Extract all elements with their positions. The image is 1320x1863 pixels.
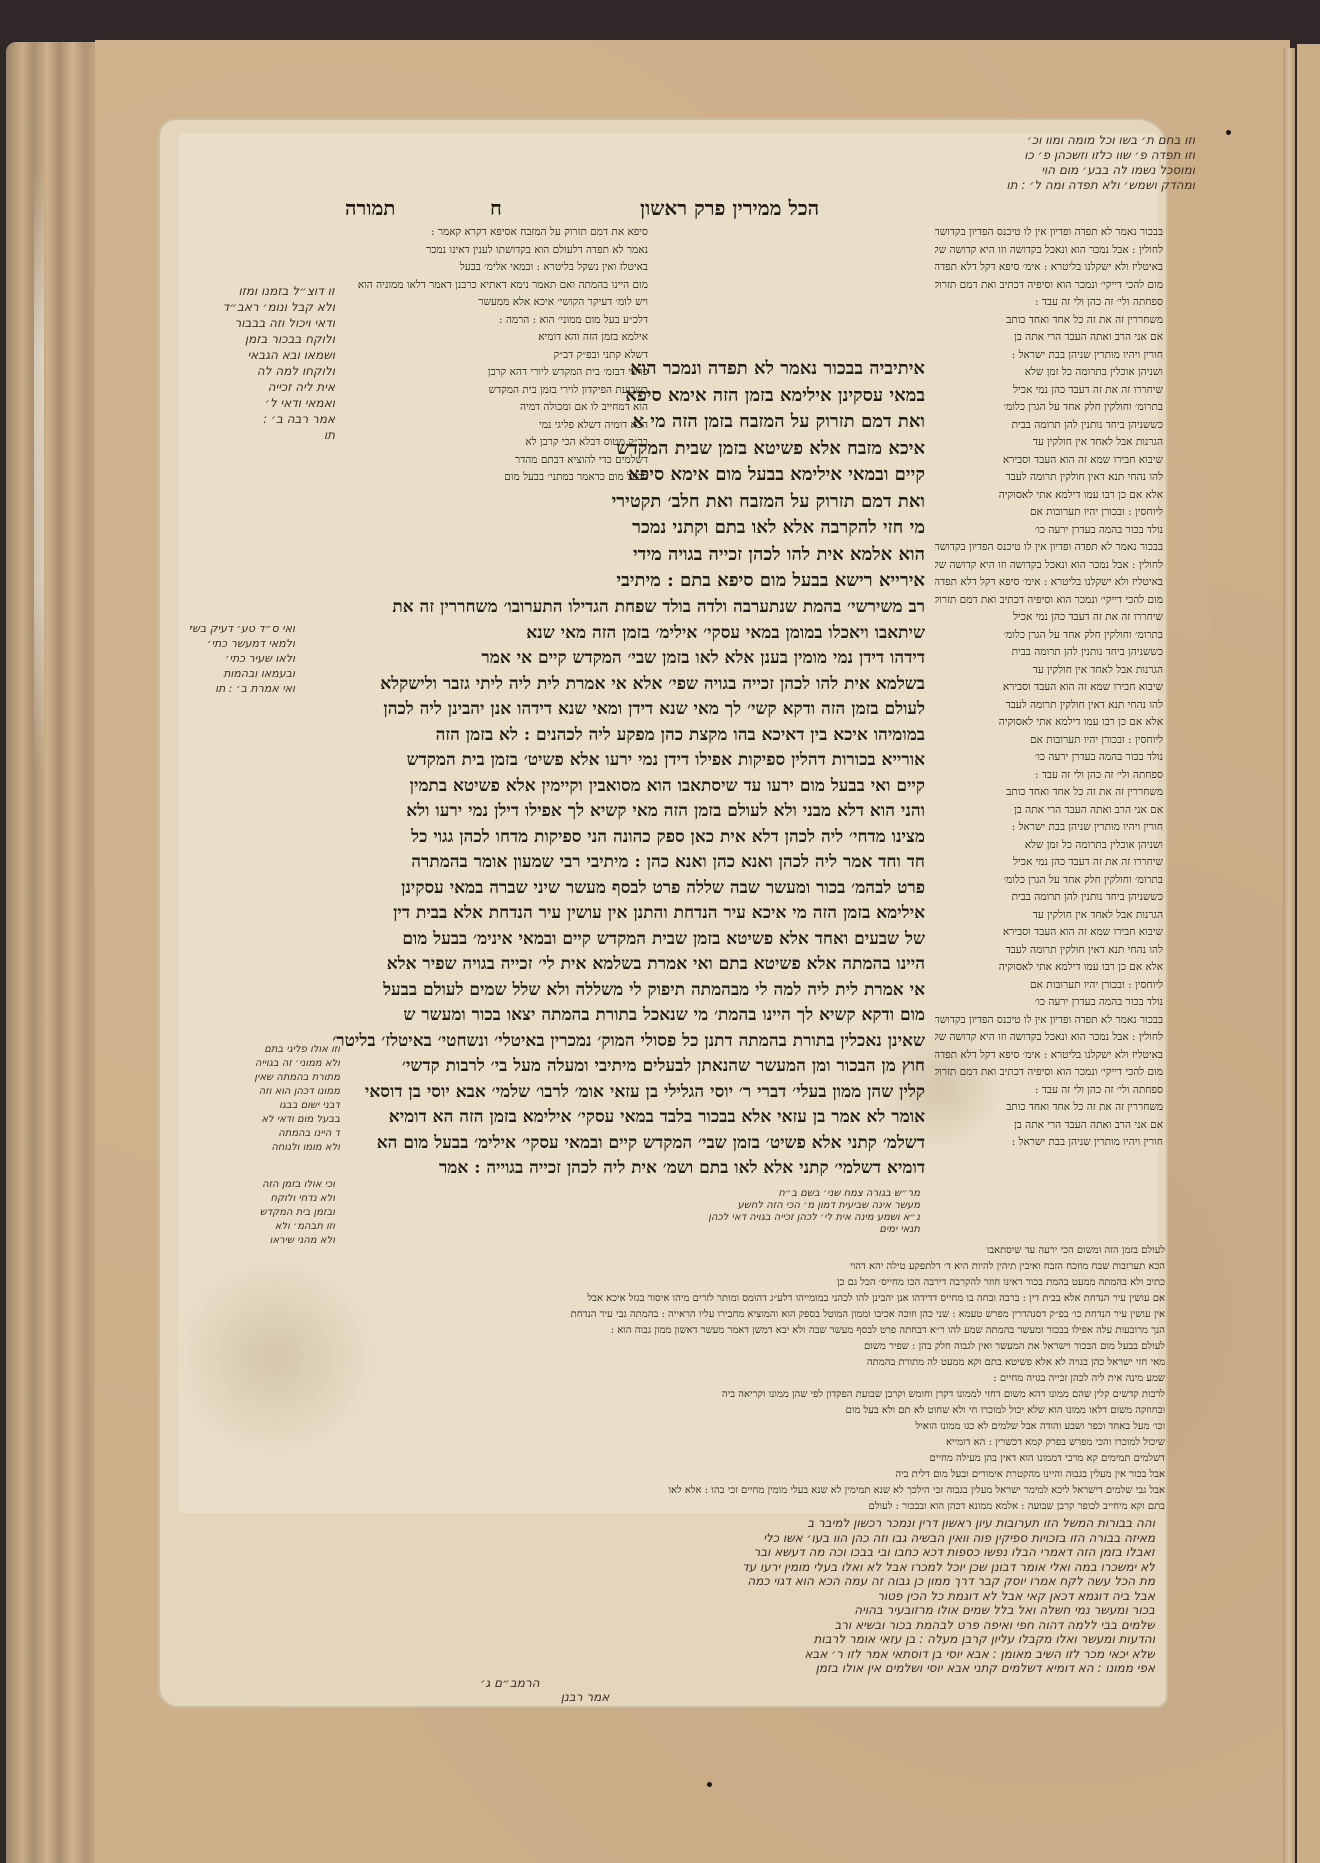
marginalia-line: והה בבורות המשל הזו תערובות עיון ראשון ד… xyxy=(165,1516,1155,1531)
marginalia-line: ובעמאו ובהמות xyxy=(190,666,295,681)
gemara-text-wide: רב משירשי׳ בהמת שנתערבה ולדה בולד שפחת ה… xyxy=(330,595,925,1182)
gemara-line: היינו בהמתה אלא פשיטא בתם ואי אמרת בשלמא… xyxy=(330,952,925,978)
commentary-line: משחררין זה את זה כל אחד ואחד כותב xyxy=(935,784,1163,802)
marginalia-line: ודאי ויכול וזה בבבור xyxy=(160,315,335,331)
commentary-line: בבעל מום כדאמר במתני׳ בבעל מום xyxy=(330,469,648,487)
commentary-line: הכא דומיה דשלא פליגי נמי xyxy=(330,417,648,435)
commentary-line: לחולין : אבל נמכר הוא ונאכל בקדושה וזו ה… xyxy=(935,557,1163,575)
marginalia-signature: הרמב״ם ג׳ xyxy=(165,1676,1155,1691)
commentary-line: בתם וקא מיחייב לכופר קרבן שבועה : אלמא מ… xyxy=(340,1499,1165,1515)
marginalia-line: ולא ממוני׳ זה בגוייה xyxy=(165,1057,340,1071)
marginalia-line: וכי אולו בזמן הזה xyxy=(165,1178,335,1192)
commentary-line: אלא אם כן רבו עמו דילמא אתי לאסוקיה xyxy=(935,959,1163,977)
marginalia-line: וזו אולו פליגי בתם xyxy=(165,1043,340,1057)
commentary-line: שיחררו זה את זה דעבד כהן נמי אכיל xyxy=(935,382,1163,400)
commentary-line: לחולין : אבל נמכר הוא ונאכל בקדושה וזו ה… xyxy=(935,242,1163,260)
marginalia-line: ולוקח בבכור בזמן xyxy=(160,331,335,347)
marginalia-line: ממונו דכהן הוא וזה xyxy=(165,1085,340,1099)
marginalia-line: מת הכל עשה לקח אמרו יוסק קבר דרך ממון כן… xyxy=(165,1574,1155,1589)
gemara-line: אירייא רישא בבעל מום סיפא בתם : מיתיבי xyxy=(605,568,925,595)
commentary-line: ושניהן אוכלין בתרומה כל זמן שלא xyxy=(935,364,1163,382)
gemara-line: איכא מזבח אלא פשיטא בזמן שבית המקדש xyxy=(605,436,925,463)
lower-commentary: לעולם בזמן הזה ומשום הכי ירעה עד שיסתאבו… xyxy=(340,1243,1165,1515)
commentary-line: מום היינו בהמתה ואם תאמר נימא דאתיא כרבנ… xyxy=(330,277,648,295)
commentary-line: באיטליז ולא ישקלנו בליטרא : אימ׳ סיפא דק… xyxy=(935,259,1163,277)
commentary-line: הוא דמחייב לו אם ומכולה דמיה xyxy=(330,399,648,417)
book-volume: וזו בחם ת׳ בשו וכל מומה ומוו וכ׳ וזו תפד… xyxy=(0,38,1320,1863)
commentary-line: שיבוא חבירו שמא זה הוא העבד וסבירא xyxy=(935,452,1163,470)
marginalia-line: וזו תבהמ׳ ולא xyxy=(165,1220,335,1234)
commentary-line: הכא תערובות שבח מוזכח הזבח ואיבין תיהין … xyxy=(340,1259,1165,1275)
marginalia-line: תנאי ימים xyxy=(340,1224,920,1236)
gemara-line: מצינו מדחי׳ ליה לכהן דלא אית כאן ספק כהו… xyxy=(330,825,925,851)
commentary-line: שמע מינה אית ליה לכהן זכייה בגויה מחיים … xyxy=(340,1371,1165,1387)
gemara-line: מי חזי להקרבה אלא לאו בתם וקתני נמכר xyxy=(605,515,925,542)
commentary-line: דשלא קתני ובפ״ק דב״ק xyxy=(330,347,648,365)
gemara-line: אילימא בזמן הזה מי איכא עיר הנדחת והתנן … xyxy=(330,901,925,927)
commentary-line: הנך מרובעות עלה אפילו בבכור ומעשר בהמתה … xyxy=(340,1323,1165,1339)
marginalia-line: ואי אמרת ב׳ : תו xyxy=(190,681,295,696)
marginalia-line: תו xyxy=(160,427,335,443)
gemara-line: שיתאבו ויאכלו במומן במאי עסקי׳ אילימ׳ בז… xyxy=(330,621,925,647)
commentary-line: ליוחסין : ובכורן יהיו תערובות אם xyxy=(935,504,1163,522)
marginalia-line: זאבלו בזמן הזה דאמרי הבלו נפשו כספות דכא… xyxy=(165,1545,1155,1560)
commentary-line: פרטי דבזמ׳ בית המקדש ליורי דהא קרבן xyxy=(330,364,648,382)
gemara-line: דידהו דידן נמי מומין בענן אלא לאו בזמן ש… xyxy=(330,646,925,672)
commentary-line: חורין ויהיו מותרין שניהן בבת ישראל : xyxy=(935,819,1163,837)
commentary-line: חורין ויהיו מותרין שניהן בבת ישראל : xyxy=(935,1134,1163,1152)
gemara-line: דשלמ׳ קתני אלא פשיט׳ בזמן שבי׳ המקדש קיי… xyxy=(330,1131,925,1157)
ink-speck xyxy=(1226,130,1231,135)
gemara-line: איתיביה בבכור נאמר לא תפדה ונמכר הוא xyxy=(605,356,925,383)
marginalia-line: שלמים בבי ללמה דהוה חפי ואיפה פרט לבהמת … xyxy=(165,1618,1155,1633)
commentary-line: ויש לומ׳ דעיקר הקושי׳ איכא אלא ממעשר xyxy=(330,294,648,312)
gemara-line: של שבעים ואחד אלא פשיטא בזמן שבית המקדש … xyxy=(330,927,925,953)
marginalia-line: ומהדק ושמש׳ ולא תפדה ומה ל׳ : תו xyxy=(905,178,1195,193)
marginalia-line: ולאו שעיר כתי׳ xyxy=(190,651,295,666)
marginalia-line: ולא קבל ונומ׳ ראב״ד xyxy=(160,299,335,315)
commentary-line: דשלמים כדי להוציא דבתם מהדר xyxy=(330,452,648,470)
tractate-name: תמורה xyxy=(345,196,396,220)
commentary-line: ושניהן אוכלין בתרומה כל זמן שלא xyxy=(935,837,1163,855)
commentary-line: בתרומ׳ וחולקין חלק אחד על הגרן כלומ׳ xyxy=(935,872,1163,890)
marginalia-line: ולא מהני שיראו xyxy=(165,1234,335,1248)
commentary-line: אם אני הרב ואתה העבד הרי אתה בן xyxy=(935,802,1163,820)
commentary-line: באיטלז ואין נשקל בליטרא : ובמאי אלימ׳ בב… xyxy=(330,259,648,277)
commentary-line: כששניהן ביחד נותנין להן תרומה בבית xyxy=(935,644,1163,662)
commentary-line: חורין ויהיו מותרין שניהן בבת ישראל : xyxy=(935,347,1163,365)
commentary-line: כתיב ולא בהמתה ממעט בהמת בכור דאינו חוזר… xyxy=(340,1275,1165,1291)
commentary-line: אבל בכור אין מעלין בגבוה והיינו מהקטרת א… xyxy=(340,1467,1165,1483)
marginalia-line: ואי ס״ד טע׳ דעיק בשלמא xyxy=(190,621,295,636)
commentary-line: משחררין זה את זה כל אחד ואחד כותב xyxy=(935,1099,1163,1117)
marginalia-line: אית ליה זכייה xyxy=(160,379,335,395)
commentary-line: הגרנות אבל לאחד אין חולקין עד xyxy=(935,907,1163,925)
commentary-line: מום להכי דייקי׳ ונמכר הוא וסיפיה דכתיב ו… xyxy=(935,277,1163,295)
next-page-edge xyxy=(1297,44,1320,1863)
commentary-line: אין עושין עיר הנדחת כו׳ בפ״ק דסנהדרין מפ… xyxy=(340,1307,1165,1323)
marginalia-line: ולא מומו ולנוחה xyxy=(165,1141,340,1155)
commentary-line: שיבוא חבירו שמא זה הוא העבד וסבירא xyxy=(935,924,1163,942)
commentary-line: באיטליז ולא ישקלנו בליטרא : אימ׳ סיפא דק… xyxy=(935,574,1163,592)
marginalia-line: אבל ביה דוגמא דכאן קאי אבל לא דוגמת כל ה… xyxy=(165,1589,1155,1604)
commentary-line: הגרנות אבל לאחד אין חולקין עד xyxy=(935,434,1163,452)
gemara-line: בשלמא אית להו לכהן זכייה בגויה שפי׳ אלא … xyxy=(330,672,925,698)
commentary-line: הגרנות אבל לאחד אין חולקין עד xyxy=(935,662,1163,680)
marginalia-line: מאיזה בבורה הזו בזכויות ספיקין פוה וואין… xyxy=(165,1531,1155,1546)
commentary-line: בבכור נאמר לא תפדה ופדיון אין לו טיכנס ה… xyxy=(935,224,1163,242)
left-marginalia-3: וזו אולו פליגי בתם ולא ממוני׳ זה בגוייה … xyxy=(165,1043,340,1155)
marginalia-line: ושמאו ובא הגבאי xyxy=(160,347,335,363)
commentary-line: אלא אם כן רבו עמו דילמא אתי לאסוקיה xyxy=(935,714,1163,732)
commentary-line: לרבות קדשים קלין שהם ממונו דהא משום דחזי… xyxy=(340,1387,1165,1403)
gemara-line: רב משירשי׳ בהמת שנתערבה ולדה בולד שפחת ה… xyxy=(330,595,925,621)
marginalia-line: ומוסכל נשמו לה בבע׳ מום הוי xyxy=(905,163,1195,178)
commentary-line: שיחררו זה את זה דעבד כהן נמי אכיל xyxy=(935,854,1163,872)
commentary-line: להו נהחי תנא דאין חולקין תרומה לעבד xyxy=(935,469,1163,487)
commentary-line: דשלמים תמימים קא מרבי דממונו הוא דאין בה… xyxy=(340,1451,1165,1467)
commentary-line: להו נהחי תנא דאין חולקין תרומה לעבד xyxy=(935,942,1163,960)
gemara-line: אומר לא אמר בן עזאי אלא בבכור בלבד במאי … xyxy=(330,1105,925,1131)
commentary-line: מום להכי דייקי׳ ונמכר הוא וסיפיה דכתיב ו… xyxy=(935,592,1163,610)
commentary-line: לעולם בזמן הזה ומשום הכי ירעה עד שיסתאבו xyxy=(340,1243,1165,1259)
tractate-header: תמורה xyxy=(345,196,396,221)
commentary-line: נולד בכור בהמה בעדרן ירעה כו׳ xyxy=(935,522,1163,540)
marginalia-line: ולא נדחי ולוקח xyxy=(165,1192,335,1206)
commentary-line: בבכור נאמר לא תפדה ופדיון אין לו טיכנס ה… xyxy=(935,1012,1163,1030)
commentary-line: מאי חזי ישראל כהן בגויה לא אלא פשיטא בתם… xyxy=(340,1355,1165,1371)
commentary-line: לעולם בבעל מום הבכור וישראל את המעשר ואי… xyxy=(340,1339,1165,1355)
gemara-line: אורייא בכורות דהלין ספיקות אפילו דידן נמ… xyxy=(330,748,925,774)
book-fore-edge xyxy=(6,42,98,1863)
commentary-line: בתרומ׳ וחולקין חלק אחד על הגרן כלומ׳ xyxy=(935,399,1163,417)
commentary-line: שיבוא חבירו שמא זה הוא העבד וסבירא xyxy=(935,679,1163,697)
marginalia-line: וזו תפדה פ׳ שוו כלזו וזשכהן פ׳ כו xyxy=(905,148,1195,163)
marginalia-line: אמר רבנן xyxy=(165,1690,1155,1705)
commentary-line: נולד בכור בהמה בעדרן ירעה כו׳ xyxy=(935,994,1163,1012)
marginalia-line: בכור ומעשר נמי חשלה ואל בלל שמים אולו מר… xyxy=(165,1603,1155,1618)
gemara-line: והני הוא דלא מבני ולא לעולם בזמן הזה מאי… xyxy=(330,799,925,825)
gemara-line: חד וחד אמר ליה לכהן ואנא כהן ואנא כהן : … xyxy=(330,850,925,876)
commentary-line: שיחררו זה את זה דעבד כהן נמי אכיל xyxy=(935,609,1163,627)
commentary-line: סיפא את דמם תזרוק על המזבח אסיפא דקרא קא… xyxy=(330,224,648,242)
gemara-line: במומיהו איכא בין דאיכא בהו מקצת כהן מפקע… xyxy=(330,723,925,749)
commentary-line: אבל גבי שלמים דישראל ליכא למימר ישראל מע… xyxy=(340,1483,1165,1499)
commentary-line: אם עושין עיר הנדחת אלא בבית דין : ברבה ו… xyxy=(340,1291,1165,1307)
commentary-line: נאמר לא תפדה דלעולם הוא בקדושתו לענין דא… xyxy=(330,242,648,260)
ink-speck xyxy=(707,1782,712,1787)
marginalia-line: ולוקחו למה לה xyxy=(160,363,335,379)
commentary-line: אילמא בזמן הזה והא דומיא xyxy=(330,329,648,347)
marginalia-line: אפי ממונו : הא דומיא דשלמים קתני אבא יוס… xyxy=(165,1661,1155,1676)
commentary-line: דלכ״ע בעל מום ממוני׳ הוא : הרמה : xyxy=(330,312,648,330)
commentary-line: ספחתה ולי׳ זה כהן ולי זה עבד : xyxy=(935,1082,1163,1100)
commentary-line: מום להכי דייקי׳ ונמכר הוא וסיפיה דכתיב ו… xyxy=(935,1064,1163,1082)
gemara-line: קלין שהן ממון בעלי׳ דברי ר׳ יוסי הגלילי … xyxy=(330,1080,925,1106)
commentary-line: ובחוזקה משום דלאו ממונו הוא שלא יכול למו… xyxy=(340,1403,1165,1419)
commentary-line: שיכול למוכרו והכי מפרש בפרק קמא דכשרין :… xyxy=(340,1435,1165,1451)
marginalia-line: ולמאי דמעשר כתי׳ xyxy=(190,636,295,651)
commentary-line: באיטליז ולא ישקלנו בליטרא : אימ׳ סיפא דק… xyxy=(935,1047,1163,1065)
gemara-line: שאינן נאכלין בתורת בהמתה דתנן כל פסולי ה… xyxy=(330,1029,925,1055)
left-marginalia-4: וכי אולו בזמן הזה ולא נדחי ולוקח ובזמן ב… xyxy=(165,1178,335,1248)
gemara-text-narrow: איתיביה בבכור נאמר לא תפדה ונמכר הוא במא… xyxy=(605,356,925,595)
marginalia-line: ואמאי ודאי ל׳ xyxy=(160,395,335,411)
left-marginalia-1: זו דוצ״ל בזמנו ומזו ולא קבל ונומ׳ ראב״ד … xyxy=(160,283,335,443)
marginalia-line: דבני ישום בבגו xyxy=(165,1099,340,1113)
folio-number: ח xyxy=(490,196,502,221)
commentary-line: אם אני הרב ואתה העבד הרי אתה בן xyxy=(935,1117,1163,1135)
rashi-column: בבכור נאמר לא תפדה ופדיון אין לו טיכנס ה… xyxy=(935,224,1163,1152)
gemara-line: פרט לבהמ׳ בכור ומעשר שבה שללה פרט לבסף מ… xyxy=(330,876,925,902)
commentary-line: משחררין זה את זה כל אחד ואחד כותב xyxy=(935,312,1163,330)
gemara-line: ואת דמם תזרוק על המזבח בזמן הזה מי א xyxy=(605,409,925,436)
commentary-line: וכו׳ מעל באחד וכפר ושבע והודה אבל שלמים … xyxy=(340,1419,1165,1435)
gemara-line: דומיא דשלמי׳ קתני אלא לאו בתם ושמ׳ אית ל… xyxy=(330,1156,925,1182)
commentary-line: אם אני הרב ואתה העבד הרי אתה בן xyxy=(935,329,1163,347)
marginalia-line: מעשר אינה שביעית דמון מ׳ הכי הזה לחשע xyxy=(340,1200,920,1212)
marginalia-line: בבעל מום ודאי לא xyxy=(165,1113,340,1127)
gemara-line: מום ודקא קשיא לך היינו בהמת׳ מי שנאכל בת… xyxy=(330,1003,925,1029)
commentary-line: ספחתה ולי׳ זה כהן ולי זה עבד : xyxy=(935,294,1163,312)
gemara-line: ואת דמם תזרוק על המזבח ואת חלב׳ תקטירי xyxy=(605,489,925,516)
gemara-line: לעולם בזמן הזה ודקא קשי׳ לך מאי שנא דידן… xyxy=(330,697,925,723)
commentary-line: כששניהן ביחד נותנין להן תרומה בבית xyxy=(935,889,1163,907)
commentary-line: להו נהחי תנא דאין חולקין תרומה לעבד xyxy=(935,697,1163,715)
commentary-line: נולד בכור בהמה בעדרן ירעה כו׳ xyxy=(935,749,1163,767)
marginalia-line: שלא יכאי מכר לזו השיב מאומן : אבא יוסי ב… xyxy=(165,1647,1155,1662)
interlinear-notes: מר״ש בגורה צמח שני׳ בשם ב״ח מעשר אינה שב… xyxy=(340,1188,920,1236)
marginalia-line: וזו בחם ת׳ בשו וכל מומה ומוו וכ׳ xyxy=(905,133,1195,148)
chapter-header: הכל ממירין פרק ראשון xyxy=(640,196,819,221)
gemara-line: אי אמרת לית ליה למה לי מבהמתה תיפוק לי מ… xyxy=(330,978,925,1004)
gemara-line: במאי עסקינן אילימא בזמן הזה אימא סיפא xyxy=(605,383,925,410)
commentary-line: בבכור נאמר לא תפדה ופדיון אין לו טיכנס ה… xyxy=(935,539,1163,557)
commentary-line: בשבועת הפיקדון לוירי בזמן בית המקדש xyxy=(330,382,648,400)
marginalia-line: נ״א ושמע מינה אית לי׳ לכהן זכייה בגויה ד… xyxy=(340,1212,920,1224)
bottom-marginalia: והה בבורות המשל הזו תערובות עיון ראשון ד… xyxy=(165,1516,1155,1705)
gemara-line: חוץ מן הבכור ומן המעשר שהנאתן לבעלים מית… xyxy=(330,1054,925,1080)
tosafot-column: סיפא את דמם תזרוק על המזבח אסיפא דקרא קא… xyxy=(330,224,648,487)
commentary-line: בב״ק מטוס דבלא הכי קרבן לא xyxy=(330,434,648,452)
marginalia-line: אמר רבה ב׳ : xyxy=(160,411,335,427)
book-gutter xyxy=(1283,48,1295,1863)
marginalia-line: ובזמן בית המקדש xyxy=(165,1206,335,1220)
marginalia-line: מר״ש בגורה צמח שני׳ בשם ב״ח xyxy=(340,1188,920,1200)
commentary-line: אלא אם כן רבו עמו דילמא אתי לאסוקיה xyxy=(935,487,1163,505)
commentary-line: ספחתה ולי׳ זה כהן ולי זה עבד : xyxy=(935,767,1163,785)
commentary-line: ליוחסין : ובכורן יהיו תערובות אם xyxy=(935,732,1163,750)
commentary-line: כששניהן ביחד נותנין להן תרומה בבית xyxy=(935,417,1163,435)
gemara-line: קיים ובמאי אילימא בבעל מום אימא סיפא xyxy=(605,462,925,489)
marginalia-line: לא ימשכרו במה ואלי אומר דבונן שכן יוכל ל… xyxy=(165,1560,1155,1575)
commentary-line: בתרומ׳ וחולקין חלק אחד על הגרן כלומ׳ xyxy=(935,627,1163,645)
marginalia-line: מתורת בהמתה שאין xyxy=(165,1071,340,1085)
commentary-line: לחולין : אבל נמכר הוא ונאכל בקדושה וזו ה… xyxy=(935,1029,1163,1047)
marginalia-line: זו דוצ״ל בזמנו ומזו xyxy=(160,283,335,299)
gemara-line: קיים ואי בבעל מום ירעו עד שיסתאבו הוא מס… xyxy=(330,774,925,800)
marginalia-top-right: וזו בחם ת׳ בשו וכל מומה ומוו וכ׳ וזו תפד… xyxy=(905,133,1195,193)
marginalia-line: והדעות ומעשר ואלו מקבלו עליון קרבן מעלה … xyxy=(165,1632,1155,1647)
commentary-line: ליוחסין : ובכורן יהיו תערובות אם xyxy=(935,977,1163,995)
left-marginalia-2: ואי ס״ד טע׳ דעיק בשלמא ולמאי דמעשר כתי׳ … xyxy=(190,621,295,696)
marginalia-line: ד היינו בהמתה xyxy=(165,1127,340,1141)
gemara-line: הוא אלמא אית להו לכהן זכייה בגויה מידי xyxy=(605,542,925,569)
